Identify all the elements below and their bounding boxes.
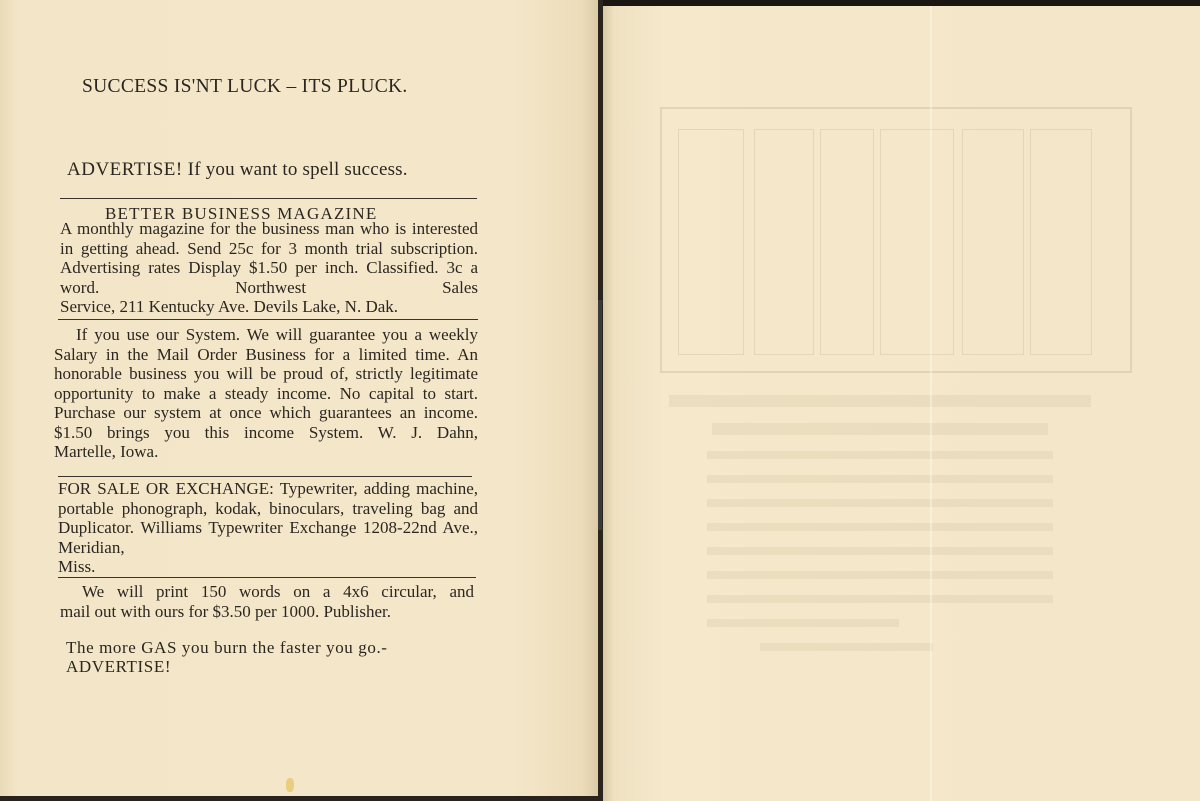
- ad-body: A monthly magazine for the business man …: [60, 219, 478, 297]
- ad-last-line: Martelle, Iowa.: [54, 442, 478, 462]
- ad-last-line: Service, 211 Kentucky Ave. Devils Lake, …: [60, 297, 478, 317]
- lead-rest: If you want to spell success.: [183, 159, 408, 180]
- slogan-line-2: ADVERTISE!: [66, 657, 388, 676]
- ad-body: We will print 150 words on a 4x6 circula…: [82, 582, 474, 601]
- bleed-through-text: [640, 395, 1120, 667]
- page-fold-crease: [930, 6, 932, 801]
- ad-better-business-magazine: A monthly magazine for the business man …: [60, 219, 478, 317]
- divider-rule: [60, 198, 477, 199]
- closing-slogan: The more GAS you burn the faster you go.…: [66, 638, 388, 676]
- divider-rule: [58, 577, 476, 578]
- ad-body: FOR SALE OR EXCHANGE: Typewriter, adding…: [58, 479, 478, 557]
- ad-body: If you use our System. We will guarantee…: [54, 325, 478, 442]
- ad-income-system: If you use our System. We will guarantee…: [54, 325, 478, 462]
- ad-for-sale-exchange: FOR SALE OR EXCHANGE: Typewriter, adding…: [58, 479, 478, 577]
- ad-last-line: mail out with ours for $3.50 per 1000. P…: [60, 602, 474, 622]
- divider-rule: [58, 476, 472, 477]
- bleed-through-frame: [660, 107, 1132, 373]
- ad-last-line: Miss.: [58, 557, 478, 577]
- slogan-line-1: The more GAS you burn the faster you go.…: [66, 638, 388, 657]
- divider-rule: [58, 319, 478, 320]
- lead-line: ADVERTISE! If you want to spell success.: [67, 159, 408, 181]
- ad-circular-printing: We will print 150 words on a 4x6 circula…: [60, 582, 474, 621]
- page-bottom-edge: [0, 796, 600, 801]
- gutter-shadow: [598, 300, 602, 530]
- page-heading: SUCCESS IS'NT LUCK – ITS PLUCK.: [82, 76, 408, 98]
- paper-stain: [286, 778, 294, 792]
- lead-advertise: ADVERTISE!: [67, 159, 183, 180]
